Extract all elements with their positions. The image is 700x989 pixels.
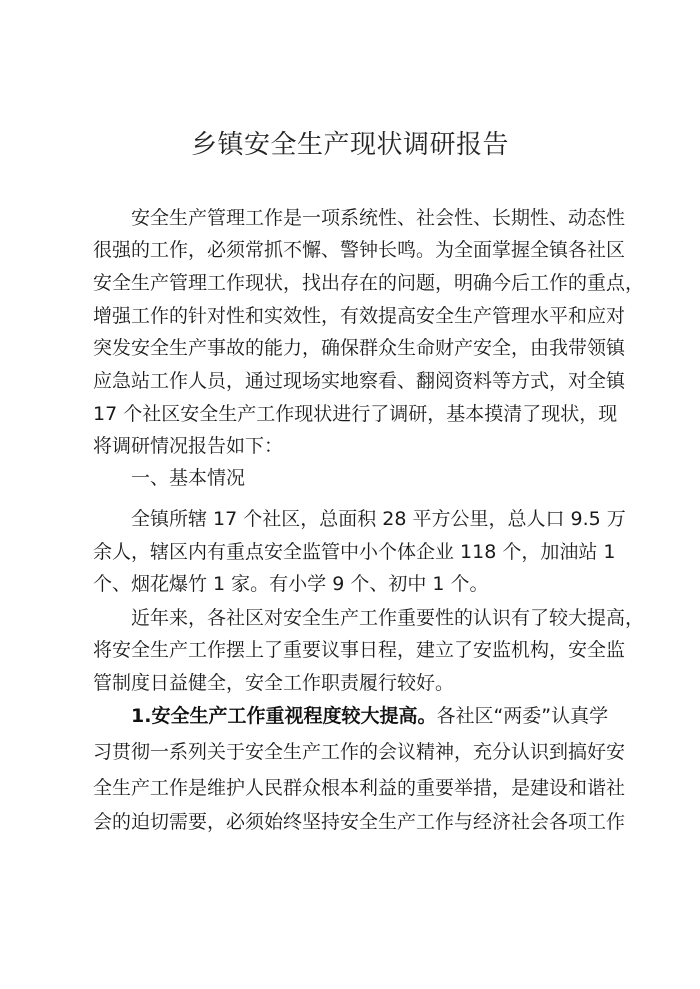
- paragraph-line: 1.安全生产工作重视程度较大提高。各社区“两委”认真学: [131, 704, 608, 728]
- document-page: 乡镇安全生产现状调研报告 安全生产管理工作是一项系统性、社会性、长期性、动态性 …: [0, 0, 700, 989]
- paragraph-line: 应急站工作人员，通过现场实地察看、翻阅资料等方式，对全镇: [93, 369, 625, 393]
- paragraph-line: 17 个社区安全生产工作现状进行了调研，基本摸清了现状，现: [93, 402, 617, 426]
- paragraph-line: 管制度日益健全，安全工作职责履行较好。: [93, 671, 454, 695]
- paragraph-line: 习贯彻一系列关于安全生产工作的会议精神，充分认识到搞好安: [93, 740, 625, 764]
- paragraph-line: 余人，辖区内有重点安全监管中小个体企业 118 个，加油站 1: [93, 540, 615, 564]
- document-title: 乡镇安全生产现状调研报告: [0, 128, 700, 162]
- paragraph-line: 全镇所辖 17 个社区，总面积 28 平方公里，总人口 9.5 万: [131, 507, 626, 531]
- paragraph-line: 全生产工作是维护人民群众根本利益的重要举措，是建设和谐社: [93, 776, 625, 800]
- paragraph-line: 将调研情况报告如下：: [93, 434, 283, 458]
- paragraph-line: 突发安全生产事故的能力，确保群众生命财产安全，由我带领镇: [93, 336, 625, 360]
- subsection-heading: 1.安全生产工作重视程度较大提高。: [131, 705, 436, 727]
- paragraph-line: 很强的工作，必须常抓不懈、警钟长鸣。为全面掌握全镇各社区: [93, 238, 625, 262]
- subsection-lead-text: 各社区“两委”认真学: [436, 705, 608, 727]
- paragraph-line: 增强工作的针对性和实效性，有效提高安全生产管理水平和应对: [93, 304, 625, 328]
- paragraph-line: 个、烟花爆竹 1 家。有小学 9 个、初中 1 个。: [93, 572, 489, 596]
- paragraph-line: 近年来，各社区对安全生产工作重要性的认识有了较大提高，: [131, 606, 644, 630]
- paragraph-line: 安全生产管理工作是一项系统性、社会性、长期性、动态性: [131, 206, 625, 230]
- paragraph-line: 将安全生产工作摆上了重要议事日程，建立了安监机构，安全监: [93, 638, 625, 662]
- section-heading: 一、基本情况: [131, 466, 245, 490]
- paragraph-line: 会的迫切需要，必须始终坚持安全生产工作与经济社会各项工作: [93, 810, 625, 834]
- paragraph-line: 安全生产管理工作现状，找出存在的问题，明确今后工作的重点，: [93, 271, 644, 295]
